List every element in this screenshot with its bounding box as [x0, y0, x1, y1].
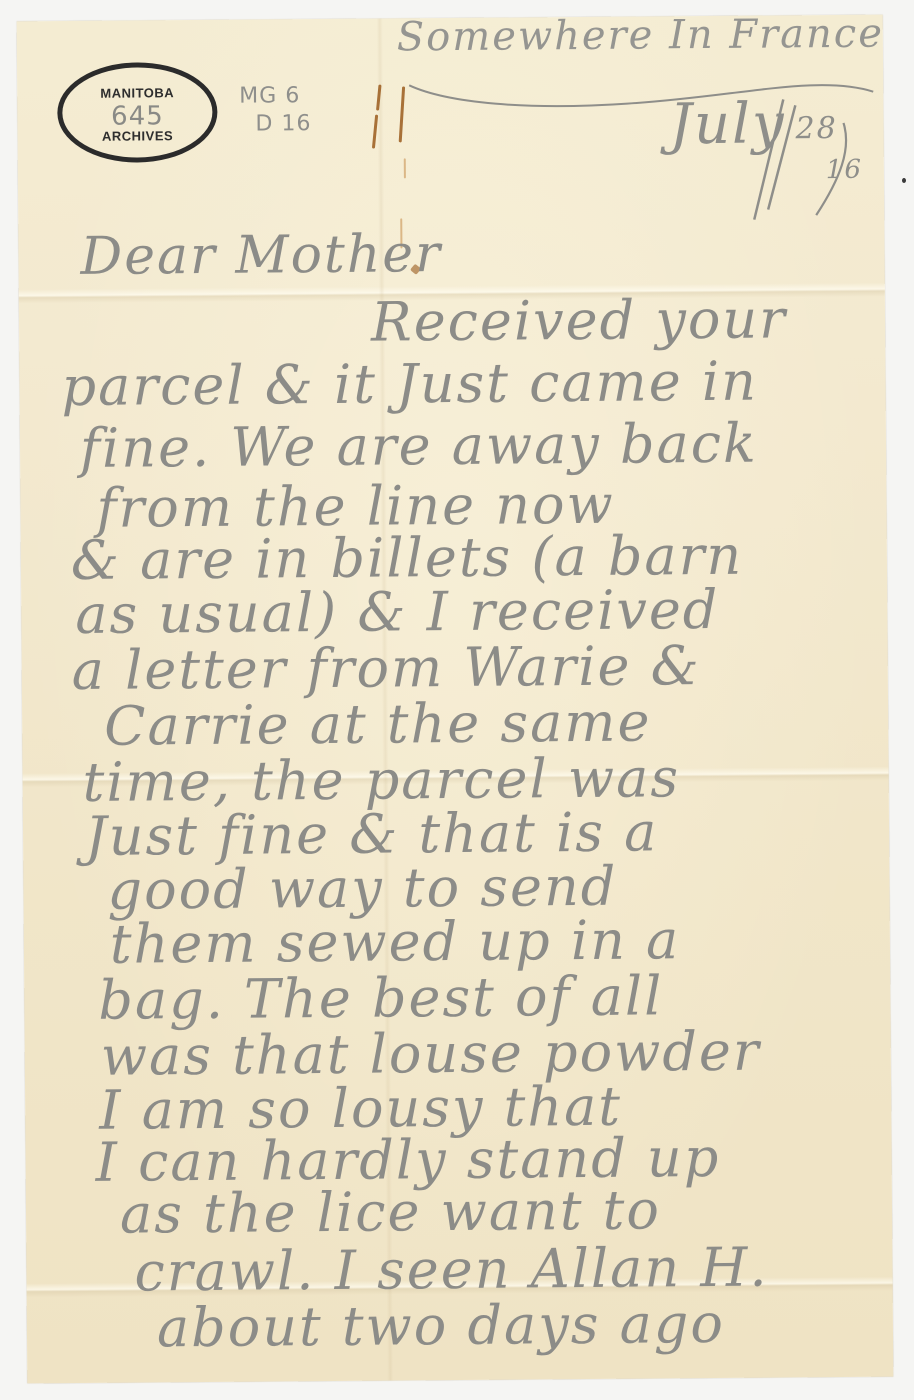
body-line: parcel & it Just came in [61, 350, 758, 418]
rust-mark [404, 158, 406, 178]
archive-ref-line2: D 16 [255, 111, 311, 137]
rust-mark [399, 86, 405, 142]
letter-page: MANITOBA 645 ARCHIVES MG 6 D 16 Somewher… [17, 15, 894, 1384]
body-line: about two days ago [157, 1292, 725, 1359]
letter-date-day: 28 [795, 111, 837, 146]
scan-background: MANITOBA 645 ARCHIVES MG 6 D 16 Somewher… [0, 0, 914, 1400]
letter-location: Somewhere In France [397, 11, 884, 61]
salutation: Dear Mother [80, 224, 442, 287]
body-line: Received your [371, 287, 787, 353]
stamp-top-text: MANITOBA [62, 85, 212, 101]
archive-ref-line1: MG 6 [239, 83, 300, 109]
body-line: fine. We are away back [80, 412, 758, 480]
stamp-bottom-text: ARCHIVES [63, 128, 213, 144]
manitoba-archives-stamp: MANITOBA 645 ARCHIVES [57, 62, 218, 163]
scan-dust-speck [902, 178, 906, 183]
body-line: as the lice want to [120, 1178, 661, 1245]
letter-date-year: 16 [826, 155, 863, 185]
